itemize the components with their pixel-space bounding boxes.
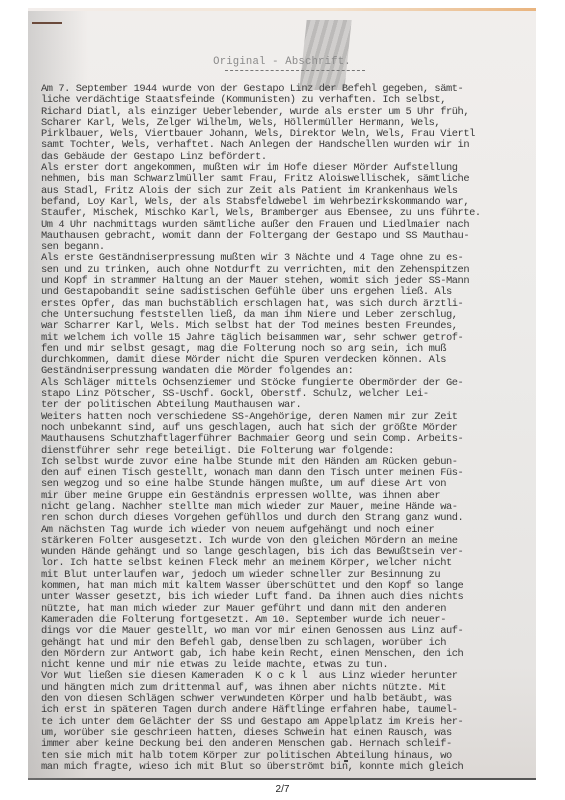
- text-line: und Gestapobandit seine sadistischen Gef…: [41, 287, 526, 298]
- text-line: sen wegzog und so eine halbe Stunde häng…: [41, 479, 526, 490]
- text-line: Mauthausens Schutzhaftlagerführer Bachma…: [41, 434, 526, 445]
- text-line: dings vor die Mauer gestellt, wo man vor…: [41, 626, 526, 637]
- text-line: Mauthausen gebracht, womit dann der Folt…: [41, 231, 526, 242]
- text-line: ter der politischen Abteilung Mauthausen…: [41, 400, 526, 411]
- page-number: 2/7: [0, 784, 565, 795]
- ink-mark: [344, 760, 348, 762]
- title-underline: [225, 70, 365, 71]
- text-line: immer aber keine Deckung bei den anderen…: [41, 739, 526, 750]
- page-top-edge: [28, 8, 536, 11]
- text-line: ren schon durch dieses Vorgehen gefühllo…: [41, 513, 526, 524]
- document-page: Original - Abschrift. Am 7. September 19…: [28, 8, 536, 780]
- tape-strip: [299, 20, 351, 90]
- text-line: war Scharrer Karl, Wels. Mich selbst hat…: [41, 321, 526, 332]
- corner-mark: [32, 22, 62, 24]
- text-line: ich erst in späteren Tagen durch andere …: [41, 705, 526, 716]
- text-line: liche verdächtige Staatsfeinde (Kommunis…: [41, 95, 526, 106]
- text-line: unter Wasser gesetzt, bis ich wieder Luf…: [41, 592, 526, 603]
- text-line: nehmen, bis man Schwarzlmüller samt Frau…: [41, 174, 526, 185]
- document-title: Original - Abschrift.: [28, 56, 536, 68]
- text-line: Staufer, Mischek, Mischko Karl, Wels, Br…: [41, 208, 526, 219]
- document-body: Am 7. September 1944 wurde von der Gesta…: [41, 84, 526, 773]
- text-line: man mich fragte, wieso ich mit Blut so ü…: [41, 762, 526, 773]
